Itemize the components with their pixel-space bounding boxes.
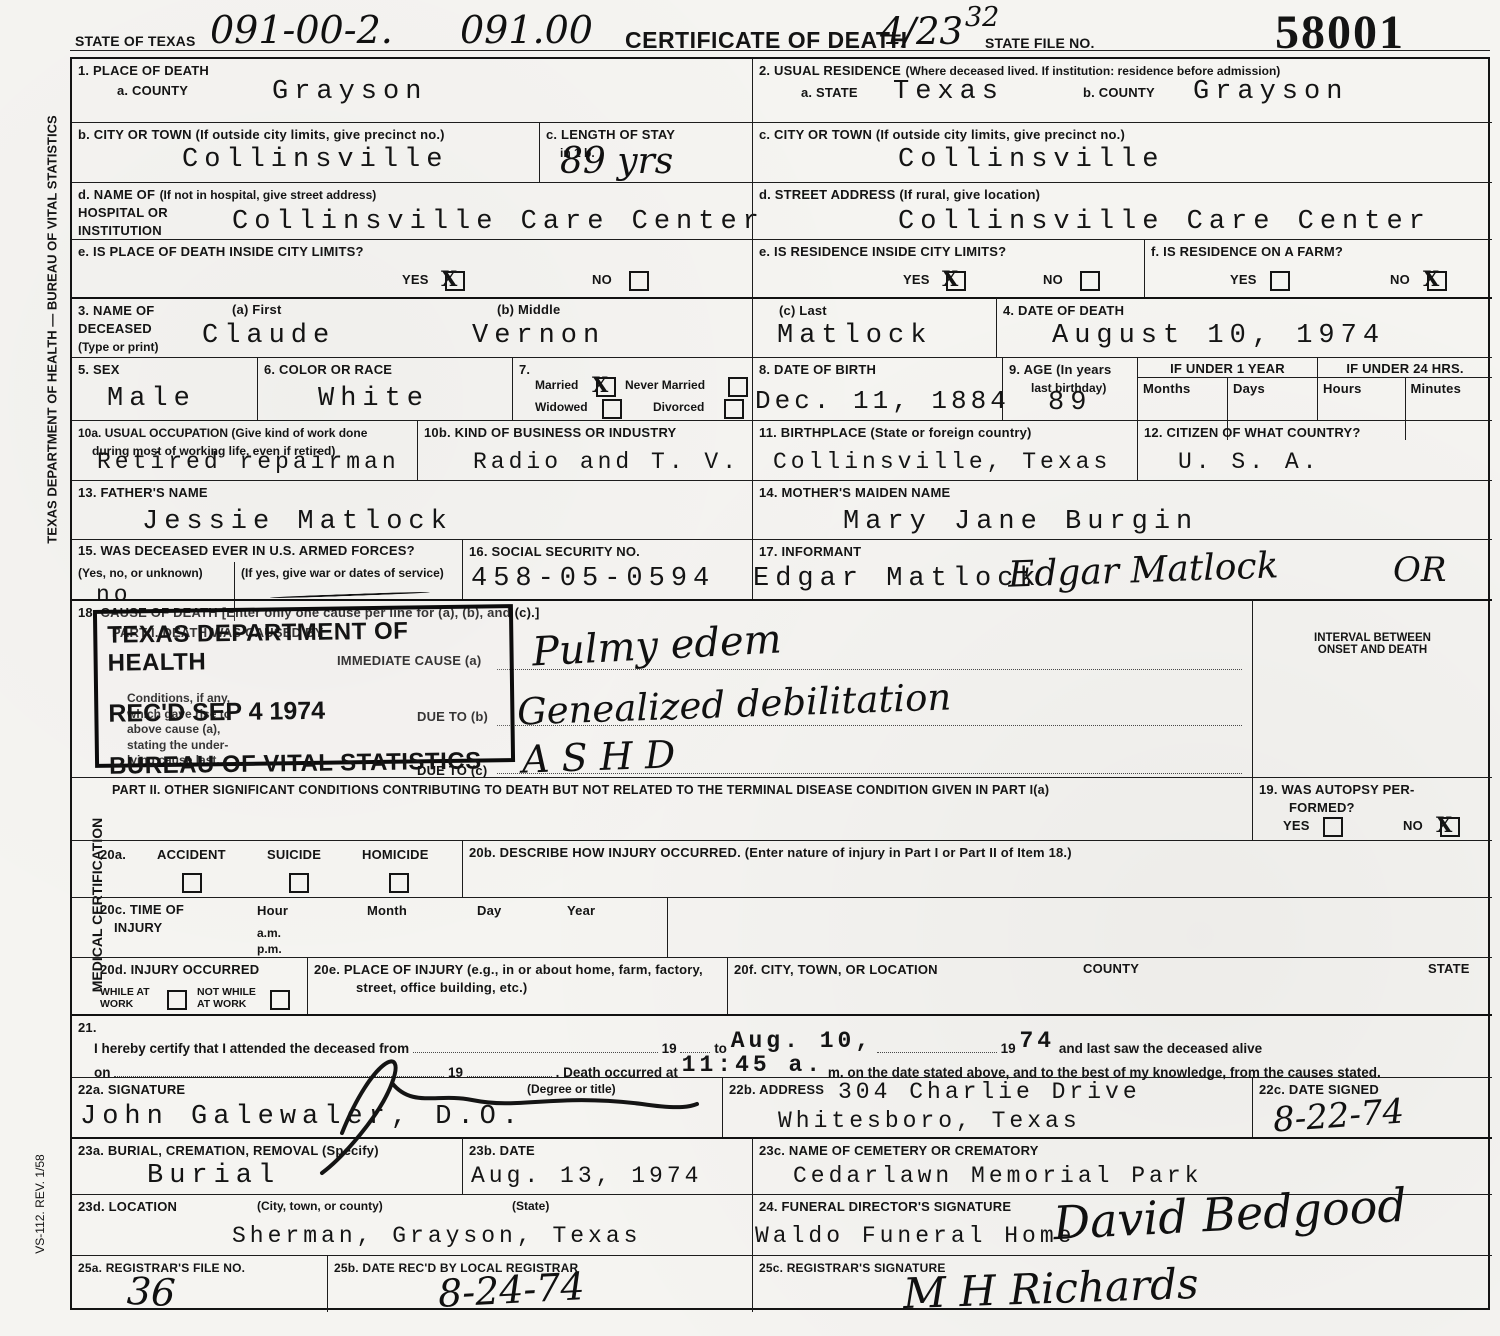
field-17-label: 17. INFORMANT <box>759 544 861 559</box>
informant-signature-extra: OR <box>1393 550 1446 590</box>
field-2f-yes-label: YES <box>1230 272 1257 288</box>
field-1c-label: c. LENGTH OF STAY <box>546 127 675 142</box>
field-3a-label: (a) First <box>232 302 281 318</box>
header-rule <box>70 50 1490 51</box>
certify-time-value: 11:45 a. <box>682 1052 824 1078</box>
field-22c-date-signed: 22c. DATE SIGNED 8-22-74 <box>1252 1077 1492 1137</box>
field-23d-paren-2: (State) <box>512 1199 549 1213</box>
checkbox-7-married-checked: X <box>596 377 616 397</box>
field-8-label: 8. DATE OF BIRTH <box>759 362 876 377</box>
informant-signature: Edgar Matlock <box>1007 545 1279 595</box>
field-7-marital-status: 7. Married X Never Married Widowed Divor… <box>512 357 752 420</box>
checkbox-19-no-checked: X <box>1440 817 1460 837</box>
field-20a-suicide-label: SUICIDE <box>267 847 321 863</box>
field-20f-county-label: COUNTY <box>1083 961 1139 977</box>
checkbox-7-divorced <box>724 399 744 419</box>
field-22a-label: 22a. SIGNATURE <box>78 1082 185 1097</box>
field-10b-industry: 10b. KIND OF BUSINESS OR INDUSTRY Radio … <box>417 420 752 480</box>
field-16-label: 16. SOCIAL SECURITY NO. <box>469 544 640 559</box>
stamp-line-2: REC'D SEP 4 1974 <box>108 694 500 728</box>
field-23c-label: 23c. NAME OF CEMETERY OR CREMATORY <box>759 1143 1039 1158</box>
field-20c-label-1: 20c. TIME OF <box>100 902 184 917</box>
checkbox-7-widowed <box>602 399 622 419</box>
field-1b-city: b. CITY OR TOWN (If outside city limits,… <box>72 122 539 182</box>
field-1d-label-3: INSTITUTION <box>78 223 162 238</box>
field-1d-paren: (If not in hospital, give street address… <box>160 188 377 202</box>
field-23d-location: 23d. LOCATION (City, town, or county) (S… <box>72 1194 752 1255</box>
field-19-yes-label: YES <box>1283 818 1310 834</box>
field-20a-manner: 20a. ACCIDENT SUICIDE HOMICIDE <box>72 840 462 897</box>
state-of-texas-label: STATE OF TEXAS <box>75 33 196 51</box>
margin-department-text: TEXAS DEPARTMENT OF HEALTH — BUREAU OF V… <box>45 50 60 610</box>
field-1e-no-label: NO <box>592 272 612 288</box>
field-25a-registrar-file-no: 25a. REGISTRAR'S FILE NO. 36 <box>72 1255 327 1312</box>
field-22b-address: 22b. ADDRESS 304 Charlie Drive Whitesbor… <box>722 1077 1252 1137</box>
field-2d-value: Collinsville Care Center <box>898 207 1431 237</box>
field-5-sex: 5. SEX Male <box>72 357 257 420</box>
field-15-dash-stroke <box>270 591 430 599</box>
field-24-funeral-director: 24. FUNERAL DIRECTOR'S SIGNATURE Waldo F… <box>752 1194 1492 1255</box>
field-10b-label: 10b. KIND OF BUSINESS OR INDUSTRY <box>424 425 676 440</box>
field-7-divorced-label: Divorced <box>653 400 704 414</box>
death-certificate-scan: STATE OF TEXAS 091-00-2. 091.00 CERTIFIC… <box>0 0 1500 1336</box>
field-14-value: Mary Jane Burgin <box>843 507 1198 537</box>
checkbox-1e-no <box>629 271 649 291</box>
field-17-value: Edgar Matlock <box>753 564 1042 594</box>
field-2e-label: e. IS RESIDENCE INSIDE CITY LIMITS? <box>759 244 1006 259</box>
field-7-never-married-label: Never Married <box>625 378 705 392</box>
field-23a-label: 23a. BURIAL, CREMATION, REMOVAL (Specify… <box>78 1143 379 1158</box>
field-1c-length-of-stay: c. LENGTH OF STAY in 1 b. 89 yrs <box>539 122 752 182</box>
bureau-received-stamp: TEXAS DEPARTMENT OF HEALTH REC'D SEP 4 1… <box>93 604 515 768</box>
field-19-label-2: FORMED? <box>1289 800 1355 815</box>
field-6-label: 6. COLOR OR RACE <box>264 362 392 377</box>
field-11-value: Collinsville, Texas <box>773 449 1111 475</box>
field-9-value: 89 <box>1048 388 1092 418</box>
under-1-year-label: IF UNDER 1 YEAR <box>1138 358 1317 377</box>
checkbox-19-yes <box>1323 817 1343 837</box>
field-10a-occupation: 10a. USUAL OCCUPATION (Give kind of work… <box>72 420 417 480</box>
certify-blank-3 <box>877 1052 997 1053</box>
checkbox-20a-suicide <box>289 873 309 893</box>
field-19-autopsy: 19. WAS AUTOPSY PER- FORMED? YES NO X <box>1252 777 1492 840</box>
field-10a-value: Retired repairman <box>97 449 400 475</box>
checkbox-2f-yes <box>1270 271 1290 291</box>
field-11-label: 11. BIRTHPLACE (State or foreign country… <box>759 425 1032 440</box>
field-20e-place-of-injury: 20e. PLACE OF INJURY (e.g., in or about … <box>307 957 727 1014</box>
field-1d-value: Collinsville Care Center <box>232 207 765 237</box>
handwritten-code-2: 091.00 <box>460 8 593 52</box>
field-23d-label: 23d. LOCATION <box>78 1199 177 1214</box>
field-22c-value: 8-22-74 <box>1272 1091 1406 1140</box>
certify-text-1e: and last saw the deceased alive <box>1059 1041 1262 1056</box>
field-2e-city-limits: e. IS RESIDENCE INSIDE CITY LIMITS? YES … <box>752 239 1144 297</box>
field-23a-value: Burial <box>147 1161 280 1191</box>
field-20a-label: 20a. <box>100 847 126 863</box>
certify-year-value: 74 <box>1019 1028 1055 1054</box>
field-23a-burial: 23a. BURIAL, CREMATION, REMOVAL (Specify… <box>72 1137 462 1194</box>
field-22a-signature: 22a. SIGNATURE (Degree or title) John Ga… <box>72 1077 722 1137</box>
field-22b-label: 22b. ADDRESS <box>729 1082 824 1097</box>
field-3a-value: Claude <box>202 321 335 351</box>
field-8-value: Dec. 11, 1884 <box>755 386 1010 416</box>
field-1d-label: d. NAME OF <box>78 187 155 202</box>
registrar-signature: M H Richards <box>902 1259 1199 1318</box>
field-1-title: 1. PLACE OF DEATH <box>78 63 209 78</box>
field-3c-label: (c) Last <box>779 303 827 318</box>
checkbox-2f-no-checked: X <box>1427 271 1447 291</box>
field-2d-label: d. STREET ADDRESS (If rural, give locati… <box>759 187 1040 202</box>
field-7-married-label: Married <box>535 378 578 392</box>
field-20c-time-of-injury: 20c. TIME OF INJURY Hour Month Day Year … <box>72 897 852 957</box>
field-20a-homicide-label: HOMICIDE <box>362 847 429 863</box>
field-12-value: U. S. A. <box>1178 449 1320 475</box>
field-2f-no-label: NO <box>1390 272 1410 288</box>
certify-19-2: 19 <box>1001 1041 1016 1056</box>
field-22b-value-1: 304 Charlie Drive <box>838 1079 1141 1105</box>
state-file-number: 58001 <box>1275 5 1405 60</box>
field-2b-label: b. COUNTY <box>1083 85 1155 101</box>
field-1e-city-limits: e. IS PLACE OF DEATH INSIDE CITY LIMITS?… <box>72 239 752 297</box>
field-3-title-1: 3. NAME OF <box>78 303 154 318</box>
field-15-paren-2: (If yes, give war or dates of service) <box>241 566 444 580</box>
field-16-value: 458-05-0594 <box>471 564 715 594</box>
field-5-value: Male <box>107 384 196 414</box>
field-20c-label-2: INJURY <box>114 920 162 935</box>
field-17-informant: 17. INFORMANT Edgar Matlock Edgar Matloc… <box>752 539 1492 599</box>
checkbox-20d-while-at-work <box>167 990 187 1010</box>
field-1a-label: a. COUNTY <box>117 83 188 99</box>
field-1e-label: e. IS PLACE OF DEATH INSIDE CITY LIMITS? <box>78 244 364 259</box>
field-23c-value: Cedarlawn Memorial Park <box>793 1163 1202 1189</box>
field-2a-value: Texas <box>893 77 1004 107</box>
field-25b-date-recd: 25b. DATE REC'D BY LOCAL REGISTRAR 8-24-… <box>327 1255 752 1312</box>
field-13-label: 13. FATHER'S NAME <box>78 485 208 500</box>
field-3-title-2: DECEASED <box>78 321 152 336</box>
field-24-label: 24. FUNERAL DIRECTOR'S SIGNATURE <box>759 1199 1011 1214</box>
field-23b-date: 23b. DATE Aug. 13, 1974 <box>462 1137 752 1194</box>
interval-label: INTERVAL BETWEEN ONSET AND DEATH <box>1259 632 1486 656</box>
handwritten-note: 4/23 <box>880 10 963 53</box>
handwritten-code-1: 091-00-2. <box>210 8 393 52</box>
field-22b-value-2: Whitesboro, Texas <box>778 1108 1081 1134</box>
field-9-age: 9. AGE (In years last birthday) 89 <box>1002 357 1137 420</box>
field-20c-day-label: Day <box>477 903 501 919</box>
field-25b-value: 8-24-74 <box>437 1264 586 1316</box>
field-2f-label: f. IS RESIDENCE ON A FARM? <box>1151 244 1343 259</box>
field-2e-yes-label: YES <box>903 272 930 288</box>
stamp-line-3: BUREAU OF VITAL STATISTICS <box>109 747 501 780</box>
field-1a-value: Grayson <box>272 77 427 107</box>
checkbox-20a-accident <box>182 873 202 893</box>
field-2-title: 2. USUAL RESIDENCE <box>759 63 901 78</box>
field-20f-label: 20f. CITY, TOWN, OR LOCATION <box>734 962 938 977</box>
field-23d-value: Sherman, Grayson, Texas <box>232 1223 641 1249</box>
field-20e-label-2: street, office building, etc.) <box>356 980 527 995</box>
field-20b-label: 20b. DESCRIBE HOW INJURY OCCURRED. (Ente… <box>469 845 1072 860</box>
field-20b-describe-injury: 20b. DESCRIBE HOW INJURY OCCURRED. (Ente… <box>462 840 1492 897</box>
checkbox-2e-no <box>1080 271 1100 291</box>
field-14-label: 14. MOTHER'S MAIDEN NAME <box>759 485 950 500</box>
field-21-label: 21. <box>78 1020 97 1035</box>
field-7-label: 7. <box>519 362 530 377</box>
field-3b-value: Vernon <box>472 321 605 351</box>
field-23b-label: 23b. DATE <box>469 1143 535 1158</box>
field-20d-not-while-label: NOT WHILEAT WORK <box>197 986 256 1010</box>
handwritten-note-2: 32 <box>965 2 999 33</box>
field-4-value: August 10, 1974 <box>1052 321 1385 351</box>
field-10a-label: 10a. USUAL OCCUPATION (Give kind of work… <box>78 426 367 440</box>
cause-a-value: Pulmy edem <box>531 617 783 676</box>
field-3-title-3: (Type or print) <box>78 340 158 354</box>
field-1b-label: b. CITY OR TOWN (If outside city limits,… <box>78 127 445 142</box>
checkbox-20a-homicide <box>389 873 409 893</box>
field-11-birthplace: 11. BIRTHPLACE (State or foreign country… <box>752 420 1137 480</box>
field-2-title-paren: (Where deceased lived. If institution: r… <box>906 64 1281 78</box>
field-20d-label: 20d. INJURY OCCURRED <box>100 962 259 977</box>
part2-label: PART II. OTHER SIGNIFICANT CONDITIONS CO… <box>112 783 1049 797</box>
field-13-value: Jessie Matlock <box>142 507 453 537</box>
checkbox-1e-yes-checked: X <box>445 271 465 291</box>
field-20c-am-label: a.m. <box>257 926 281 940</box>
field-12-citizen: 12. CITIZEN OF WHAT COUNTRY? U. S. A. <box>1137 420 1492 480</box>
field-1b-value: Collinsville <box>182 145 448 175</box>
field-12-label: 12. CITIZEN OF WHAT COUNTRY? <box>1144 425 1360 440</box>
field-15-armed-forces: 15. WAS DECEASED EVER IN U.S. ARMED FORC… <box>72 539 462 599</box>
field-23b-value: Aug. 13, 1974 <box>471 1163 702 1189</box>
field-7-widowed-label: Widowed <box>535 400 588 414</box>
field-23d-paren-1: (City, town, or county) <box>257 1199 383 1213</box>
field-3-name-of-deceased: 3. NAME OF DECEASED (Type or print) (a) … <box>72 297 752 357</box>
field-15-label: 15. WAS DECEASED EVER IN U.S. ARMED FORC… <box>72 540 462 562</box>
field-1c-value: 89 yrs <box>560 141 673 182</box>
field-under-24-hrs: IF UNDER 24 HRS. Hours Minutes <box>1317 357 1492 420</box>
field-1d-label-2: HOSPITAL OR <box>78 205 168 220</box>
checkbox-20d-not-while-at-work <box>270 990 290 1010</box>
field-6-value: White <box>318 384 429 414</box>
margin-form-number: VS-112. REV. 1/58 <box>33 1094 47 1314</box>
field-19-no-label: NO <box>1403 818 1423 834</box>
cause-c-value: A S H D <box>521 732 676 781</box>
interval-column: INTERVAL BETWEEN ONSET AND DEATH <box>1252 599 1492 777</box>
field-13-fathers-name: 13. FATHER'S NAME Jessie Matlock <box>72 480 752 539</box>
checkbox-7-never-married <box>728 377 748 397</box>
certify-19-1: 19 <box>662 1041 677 1056</box>
field-5-label: 5. SEX <box>78 362 120 377</box>
field-2c-label: c. CITY OR TOWN (If outside city limits,… <box>759 127 1125 142</box>
field-2a-label: a. STATE <box>801 85 858 101</box>
field-9-label: 9. AGE (In years <box>1009 362 1111 377</box>
field-20d-injury-occurred: 20d. INJURY OCCURRED WHILE ATWORK NOT WH… <box>72 957 307 1014</box>
field-2e-no-label: NO <box>1043 272 1063 288</box>
field-20c-spacer <box>852 897 1492 957</box>
field-20f-city-county-state: 20f. CITY, TOWN, OR LOCATION COUNTY STAT… <box>727 957 1492 1014</box>
field-4-label: 4. DATE OF DEATH <box>1003 303 1124 318</box>
field-2c-city: c. CITY OR TOWN (If outside city limits,… <box>752 122 1492 182</box>
under-24-hrs-label: IF UNDER 24 HRS. <box>1318 358 1492 377</box>
field-20d-while-label: WHILE ATWORK <box>100 986 150 1010</box>
field-2b-value: Grayson <box>1193 77 1348 107</box>
field-2c-value: Collinsville <box>898 145 1164 175</box>
field-part2: PART II. OTHER SIGNIFICANT CONDITIONS CO… <box>72 777 1252 840</box>
field-24-value: Waldo Funeral Home <box>755 1223 1075 1249</box>
field-4-date-of-death: 4. DATE OF DEATH August 10, 1974 <box>996 297 1492 357</box>
field-1-place-of-death: 1. PLACE OF DEATH a. COUNTY Grayson <box>72 59 752 122</box>
field-2d-street-address: d. STREET ADDRESS (If rural, give locati… <box>752 182 1492 239</box>
field-25a-value: 36 <box>126 1269 177 1315</box>
field-1e-yes-label: YES <box>402 272 429 288</box>
field-2f-farm: f. IS RESIDENCE ON A FARM? YES NO X <box>1144 239 1492 297</box>
field-25c-registrar-signature: 25c. REGISTRAR'S SIGNATURE M H Richards <box>752 1255 1492 1312</box>
physician-signature-stroke <box>222 1038 642 1138</box>
field-under-1-year: IF UNDER 1 YEAR Months Days <box>1137 357 1317 420</box>
field-19-label-1: 19. WAS AUTOPSY PER- <box>1259 782 1414 797</box>
field-3b-label: (b) Middle <box>497 302 560 318</box>
field-20c-year-label: Year <box>567 903 595 919</box>
field-20c-month-label: Month <box>367 903 407 919</box>
checkbox-2e-yes-checked: X <box>946 271 966 291</box>
field-20f-state-label: STATE <box>1428 961 1470 977</box>
field-2-usual-residence: 2. USUAL RESIDENCE (Where deceased lived… <box>752 59 1492 122</box>
field-16-ssn: 16. SOCIAL SECURITY NO. 458-05-0594 <box>462 539 752 599</box>
field-1d-institution: d. NAME OF (If not in hospital, give str… <box>72 182 752 239</box>
field-20c-pm-label: p.m. <box>257 942 282 956</box>
certificate-form: 1. PLACE OF DEATH a. COUNTY Grayson 2. U… <box>70 57 1490 1310</box>
field-14-mothers-maiden-name: 14. MOTHER'S MAIDEN NAME Mary Jane Burgi… <box>752 480 1492 539</box>
field-10b-value: Radio and T. V. <box>473 449 740 475</box>
field-3c-value: Matlock <box>777 321 932 351</box>
field-20e-label: 20e. PLACE OF INJURY (e.g., in or about … <box>314 962 703 977</box>
field-20c-hour-label: Hour <box>257 903 288 919</box>
field-8-date-of-birth: 8. DATE OF BIRTH Dec. 11, 1884 <box>752 357 1002 420</box>
field-20a-accident-label: ACCIDENT <box>157 847 226 863</box>
field-20c-divider <box>667 898 668 958</box>
field-15-paren-1: (Yes, no, or unknown) <box>78 566 203 580</box>
certify-date-to-value: Aug. 10, <box>731 1028 873 1054</box>
field-6-color-or-race: 6. COLOR OR RACE White <box>257 357 512 420</box>
field-3c-last-name: (c) Last Matlock <box>752 297 996 357</box>
stamp-line-1: TEXAS DEPARTMENT OF HEALTH <box>107 616 500 677</box>
